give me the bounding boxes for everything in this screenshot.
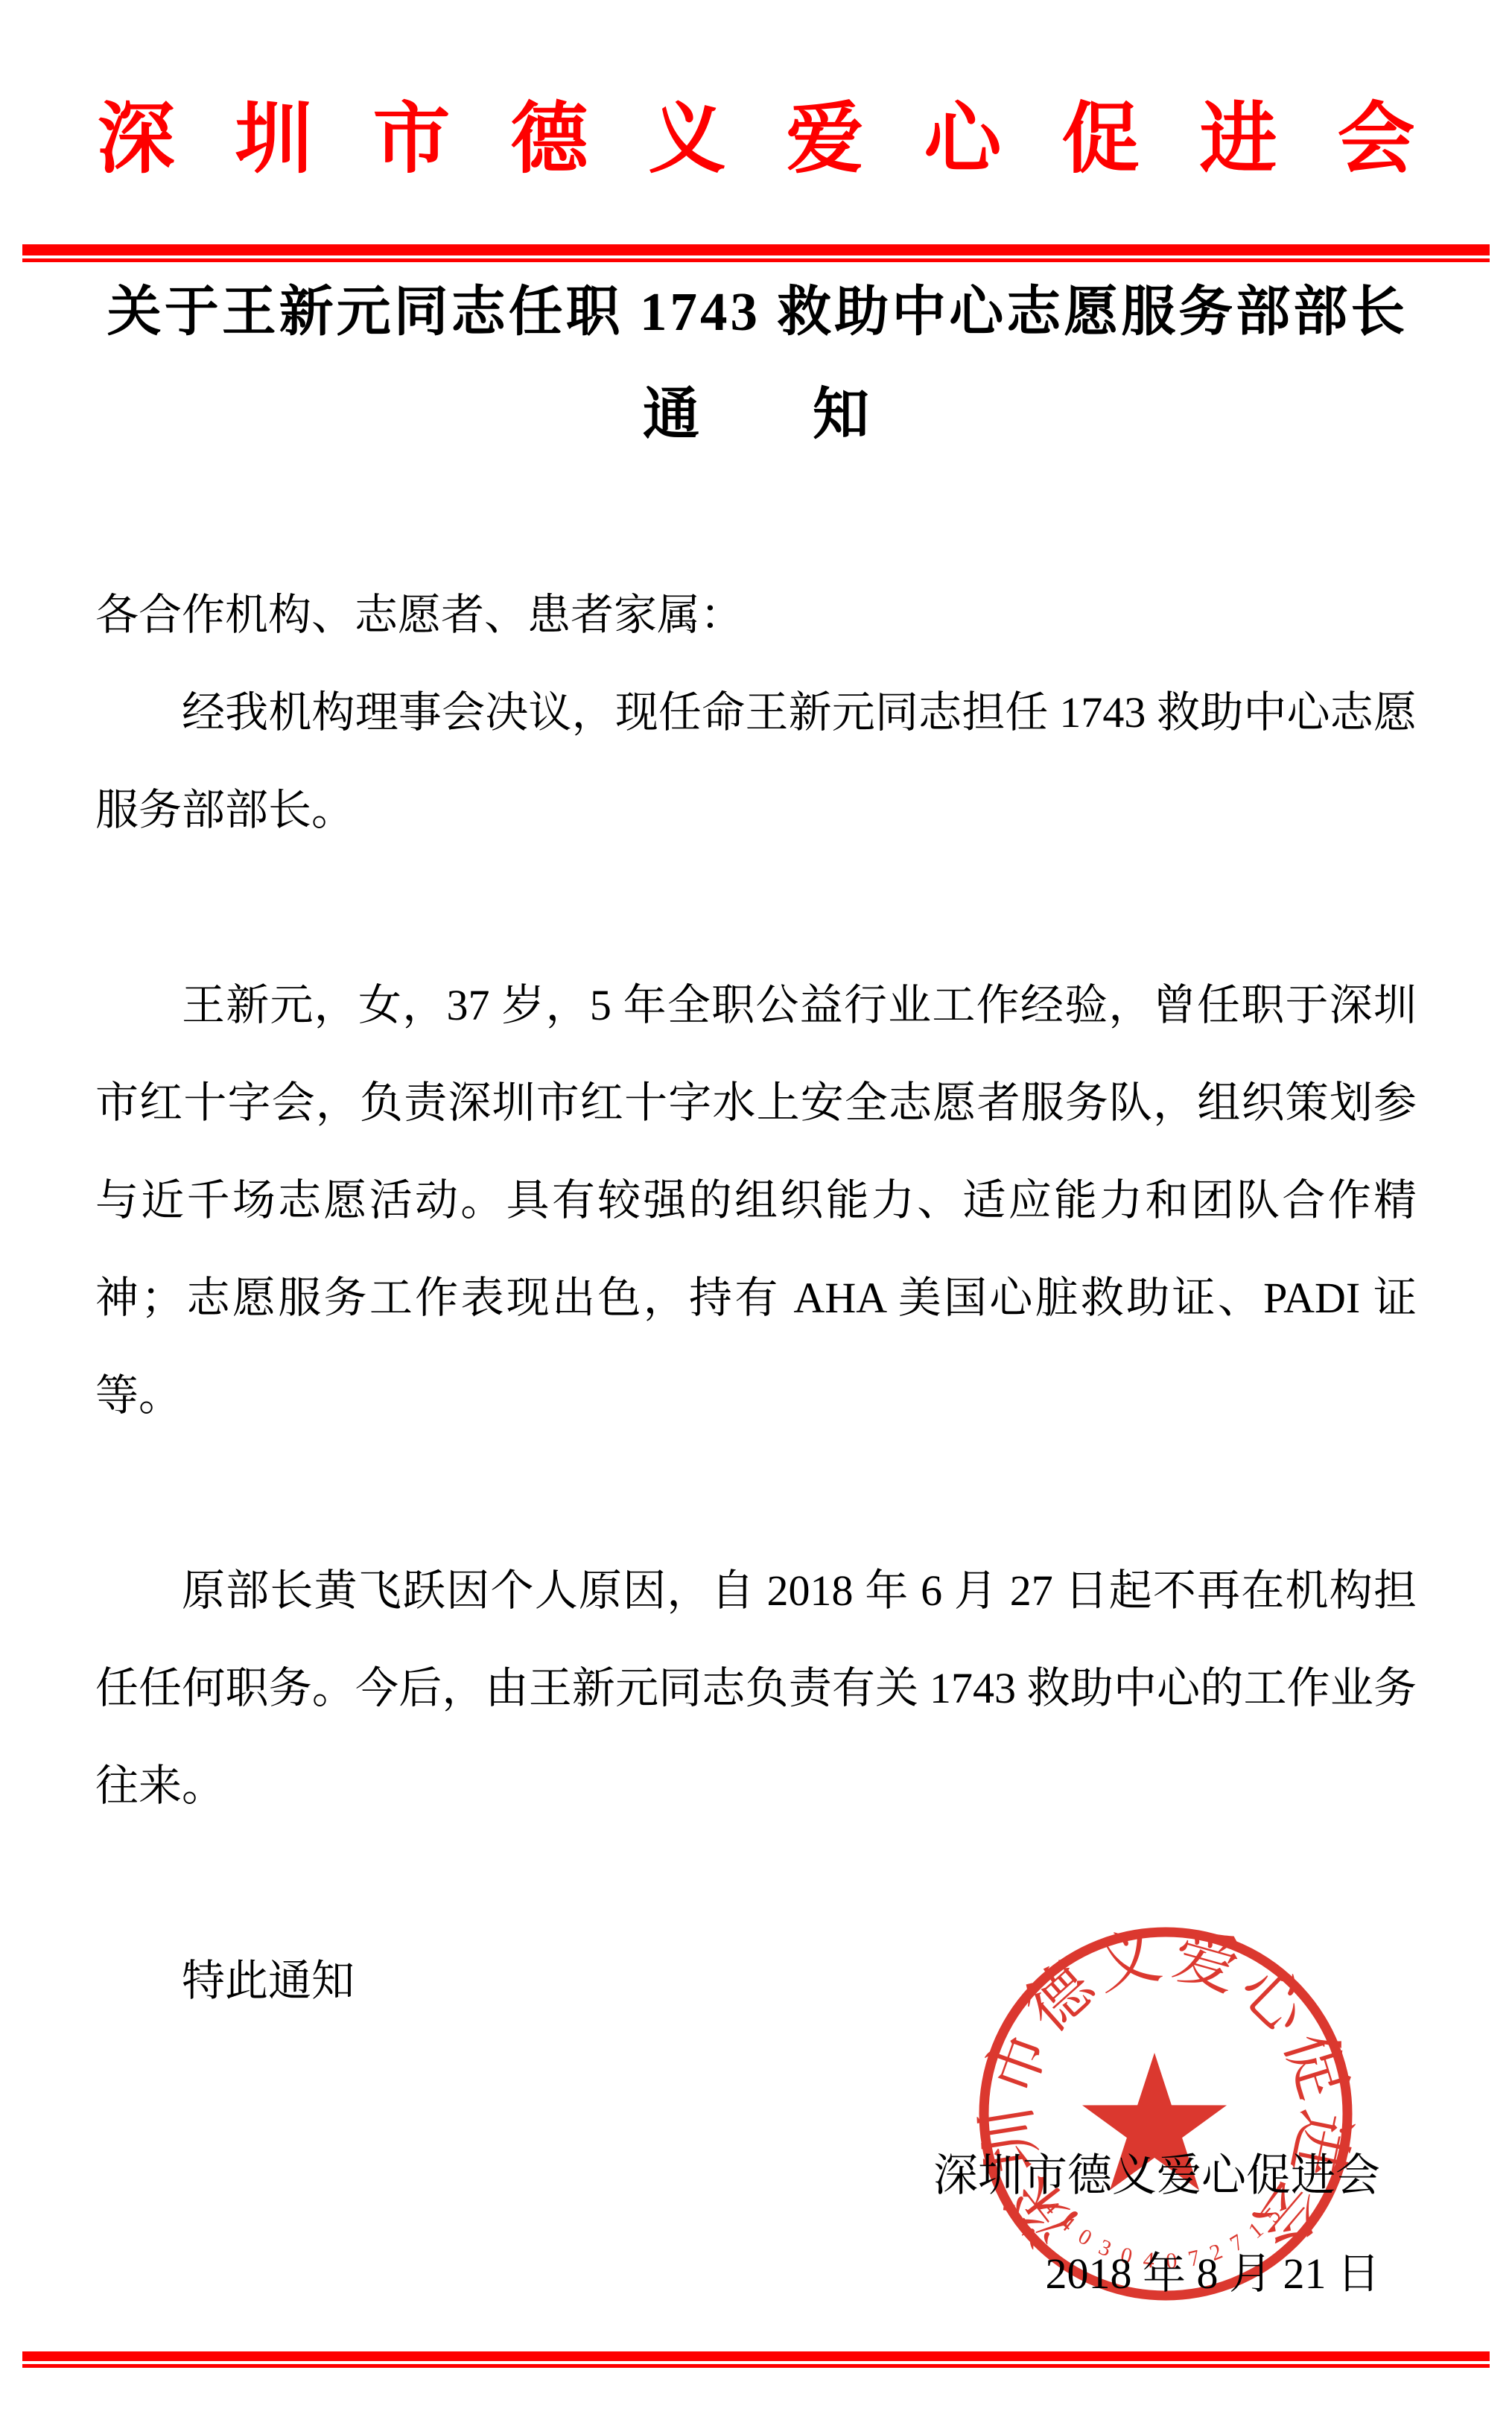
paragraph-biography: 王新元，女，37 岁，5 年全职公益行业工作经验，曾任职于深圳市红十字会，负责深… [95, 956, 1417, 1444]
divider-thick-bar [22, 244, 1490, 255]
signature-block: 深圳市德义爱心促进会 2018 年 8 月 21 日 [95, 2127, 1417, 2322]
salutation-line: 各合作机构、志愿者、患者家属： [95, 566, 1417, 664]
document-body: 各合作机构、志愿者、患者家属： 经我机构理事会决议，现任命王新元同志担任 174… [95, 566, 1417, 2322]
paragraph-predecessor: 原部长黄飞跃因个人原因，自 2018 年 6 月 27 日起不再在机构担任任何职… [95, 1542, 1417, 1835]
footer-divider [22, 2351, 1490, 2368]
signature-org-name: 深圳市德义爱心促进会 [95, 2127, 1380, 2225]
letterhead-org-name: 深圳市德义爱心促进会 [0, 98, 1512, 182]
paragraph-appointment: 经我机构理事会决议，现任命王新元同志担任 1743 救助中心志愿服务部部长。 [95, 664, 1417, 859]
footer-thick-bar [22, 2351, 1490, 2361]
document-title-line2: 通 知 [0, 381, 1512, 448]
closing-phrase: 特此通知 [95, 1932, 1417, 2030]
document-title-line1: 关于王新元同志任职 1743 救助中心志愿服务部部长 [0, 280, 1512, 344]
footer-thin-bar [22, 2364, 1490, 2368]
divider-thin-bar [22, 258, 1490, 262]
letterhead-divider [22, 244, 1490, 262]
signature-date: 2018 年 8 月 21 日 [95, 2225, 1380, 2322]
notice-document-page: 深圳市德义爱心促进会 关于王新元同志任职 1743 救助中心志愿服务部部长 通 … [0, 0, 1512, 2411]
